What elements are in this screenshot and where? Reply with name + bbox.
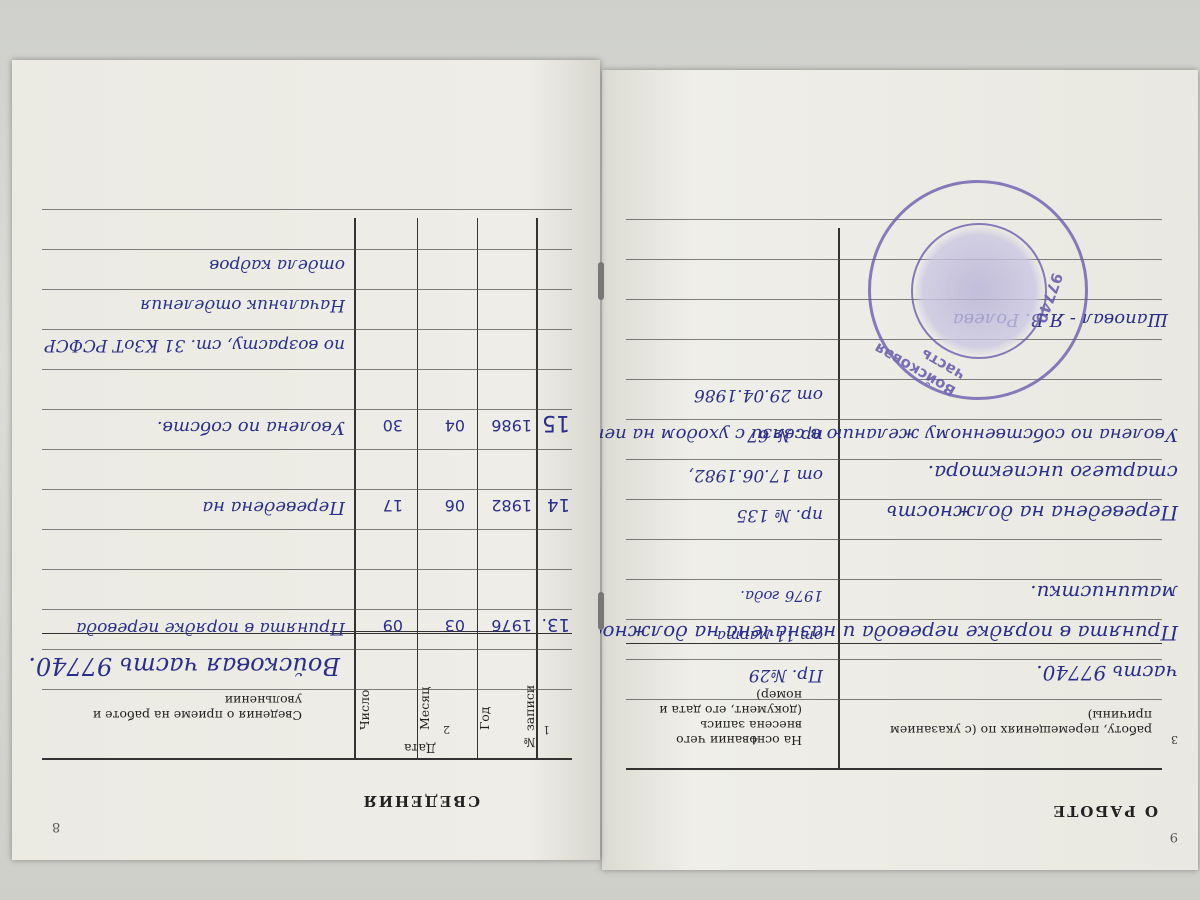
row-line	[42, 569, 572, 570]
entry13-month: 03	[445, 616, 465, 635]
col4-number: 4	[751, 733, 758, 746]
entry14-basis-1: пр. № 135	[736, 505, 823, 525]
page-title: О РАБОТЕ	[1052, 802, 1158, 820]
binding-staple	[598, 592, 604, 630]
binding-staple	[598, 262, 604, 300]
row-line	[42, 289, 572, 290]
day-header: Число	[357, 606, 372, 730]
row-line	[42, 529, 572, 530]
col1-header: № записи	[522, 626, 562, 750]
entry15-number: 15	[542, 410, 570, 435]
entry15-month: 04	[445, 416, 465, 435]
row-line	[42, 369, 572, 370]
entry14-text: Переведена на	[202, 497, 345, 518]
row-line	[42, 609, 572, 610]
row-line	[626, 419, 1162, 420]
row-line	[626, 619, 1162, 620]
entry15-year: 1986	[491, 416, 532, 435]
entry-header-unit: Войсковая часть 97740.	[28, 652, 340, 680]
row-line	[42, 489, 572, 490]
col1-number: 1	[543, 723, 550, 736]
entry13-basis-2: от 11 марта	[717, 627, 823, 645]
entry15-text: Уволена по собств.	[157, 417, 345, 438]
row-line	[42, 209, 572, 210]
row-line	[626, 699, 1162, 700]
page-right-svedeniya: 8 СВЕДЕНИЯ № записи Дата Год Месяц Число…	[12, 60, 600, 860]
row-line	[626, 379, 1162, 380]
entry14-year: 1982	[491, 496, 532, 515]
entry15-basis-2: от 29.04.1986	[694, 385, 823, 405]
row-line	[42, 649, 572, 650]
entry15-text-3: Начальник отделения	[140, 295, 345, 315]
row-line	[42, 249, 572, 250]
entry14-basis-2: от 17.06.1982,	[689, 465, 824, 485]
row-line	[626, 499, 1162, 500]
page-number: 8	[52, 819, 60, 834]
entry14-number: 14	[547, 494, 570, 515]
coat-of-arms-emblem	[911, 223, 1047, 359]
entry14-text-cont: Переведена на должность	[887, 501, 1178, 525]
row-line	[626, 539, 1162, 540]
entry13-text-cont: Принята в порядке перевода и назначена н…	[561, 621, 1178, 645]
entry13-text: Принята в порядке перевода	[76, 618, 345, 638]
work-record-book: 9 О РАБОТЕ работу, перемещениях по (с ук…	[8, 40, 1198, 870]
entry-header-continued: часть 97740.	[1036, 661, 1178, 685]
row-line	[626, 579, 1162, 580]
page-number: 9	[1170, 829, 1178, 844]
row-line	[42, 449, 572, 450]
row-line	[626, 459, 1162, 460]
row-line	[42, 689, 572, 690]
entry15-basis-1: пр. № 67	[747, 425, 823, 445]
entry15-text-2: по возрасту, ст. 31 КЗоТ РСФСР	[44, 335, 345, 355]
col3-number: 3	[1171, 733, 1178, 746]
row-line	[626, 659, 1162, 660]
entry15-text-4: отдела кадров	[209, 255, 345, 275]
entry14-month: 06	[445, 496, 465, 515]
entry13-basis-1: Пр. №29	[749, 665, 823, 685]
entry13-year: 1976	[491, 616, 532, 635]
entry13-text-cont2: машинистки.	[1030, 581, 1178, 605]
row-line	[42, 329, 572, 330]
row-line	[42, 409, 572, 410]
entry15-text-cont: Уволена по собственному желанию в связи …	[555, 424, 1178, 445]
entry14-text-cont2: старшего инспектора.	[928, 461, 1178, 485]
year-header: Год	[477, 606, 492, 730]
entry15-day: 30	[383, 416, 403, 435]
military-unit-stamp: Войсковая часть 97740	[868, 180, 1088, 400]
entry13-number: 13.	[541, 614, 570, 635]
page-title: СВЕДЕНИЯ	[362, 792, 480, 810]
month-header: Месяц	[417, 606, 432, 730]
col2-number: 2	[443, 723, 450, 736]
page-left-o-rabote: 9 О РАБОТЕ работу, перемещениях по (с ук…	[602, 70, 1198, 870]
entry13-basis-3: 1976 года.	[740, 587, 823, 605]
entry13-day: 09	[383, 616, 403, 635]
entry14-day: 17	[383, 496, 403, 515]
